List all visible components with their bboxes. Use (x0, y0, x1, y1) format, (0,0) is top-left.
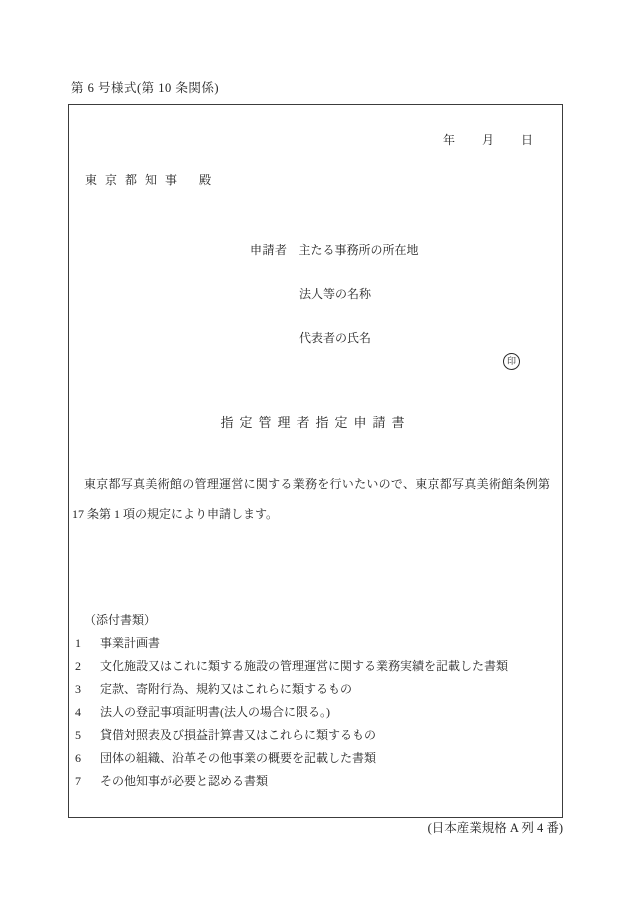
attachment-number: 4 (75, 701, 87, 724)
attachment-text: 事業計画書 (100, 632, 160, 655)
applicant-label: 申請者 (250, 243, 288, 257)
attachment-text: 貸借対照表及び損益計算書又はこれらに類するもの (100, 724, 376, 747)
attachment-item: 1 事業計画書 (75, 632, 508, 655)
document-title: 指定管理者指定申請書 (69, 415, 562, 431)
seal-icon: 印 (503, 353, 520, 370)
addressee-name: 東京都知事 (85, 173, 185, 187)
corporate-name-label: 法人等の名称 (299, 287, 371, 302)
attachment-number: 6 (75, 747, 87, 770)
form-border-box: 年 月 日 東京都知事殿 申請者主たる事務所の所在地 法人等の名称 代表者の氏名… (68, 104, 563, 818)
application-body-text: 東京都写真美術館の管理運営に関する業務を行いたいので、東京都写真美術館条例第 1… (72, 469, 550, 529)
attachment-number: 7 (75, 770, 87, 793)
attachment-text: その他知事が必要と認める書類 (100, 770, 268, 793)
paper-size-note: (日本産業規格 A 列 4 番) (428, 821, 563, 837)
attachment-text: 定款、寄附行為、規約又はこれらに類するもの (100, 678, 352, 701)
addressee-line: 東京都知事殿 (85, 173, 211, 188)
attachment-number: 3 (75, 678, 87, 701)
attachment-text: 法人の登記事項証明書(法人の場合に限る。) (100, 701, 330, 724)
date-line: 年 月 日 (443, 133, 534, 148)
attachment-item: 5 貸借対照表及び損益計算書又はこれらに類するもの (75, 724, 508, 747)
applicant-address-label: 主たる事務所の所在地 (299, 243, 419, 257)
attachment-number: 5 (75, 724, 87, 747)
attachment-item: 3 定款、寄附行為、規約又はこれらに類するもの (75, 678, 508, 701)
attachment-number: 2 (75, 655, 87, 678)
document-page: 第 6 号様式(第 10 条関係) 年 月 日 東京都知事殿 申請者主たる事務所… (0, 0, 630, 915)
addressee-honorific: 殿 (199, 173, 211, 187)
attachment-item: 4 法人の登記事項証明書(法人の場合に限る。) (75, 701, 508, 724)
attachment-item: 7 その他知事が必要と認める書類 (75, 770, 508, 793)
attachment-item: 2 文化施設又はこれに類する施設の管理運営に関する業務実績を記載した書類 (75, 655, 508, 678)
attachments-heading: （添付書類） (75, 609, 508, 632)
applicant-line: 申請者主たる事務所の所在地 (250, 243, 419, 258)
attachment-text: 団体の組織、沿革その他事業の概要を記載した書類 (100, 747, 376, 770)
representative-name-label: 代表者の氏名 (299, 331, 371, 346)
attachment-text: 文化施設又はこれに類する施設の管理運営に関する業務実績を記載した書類 (100, 655, 508, 678)
attachment-item: 6 団体の組織、沿革その他事業の概要を記載した書類 (75, 747, 508, 770)
form-number: 第 6 号様式(第 10 条関係) (71, 81, 219, 97)
attachment-number: 1 (75, 632, 87, 655)
attachments-section: （添付書類） 1 事業計画書 2 文化施設又はこれに類する施設の管理運営に関する… (75, 609, 508, 793)
